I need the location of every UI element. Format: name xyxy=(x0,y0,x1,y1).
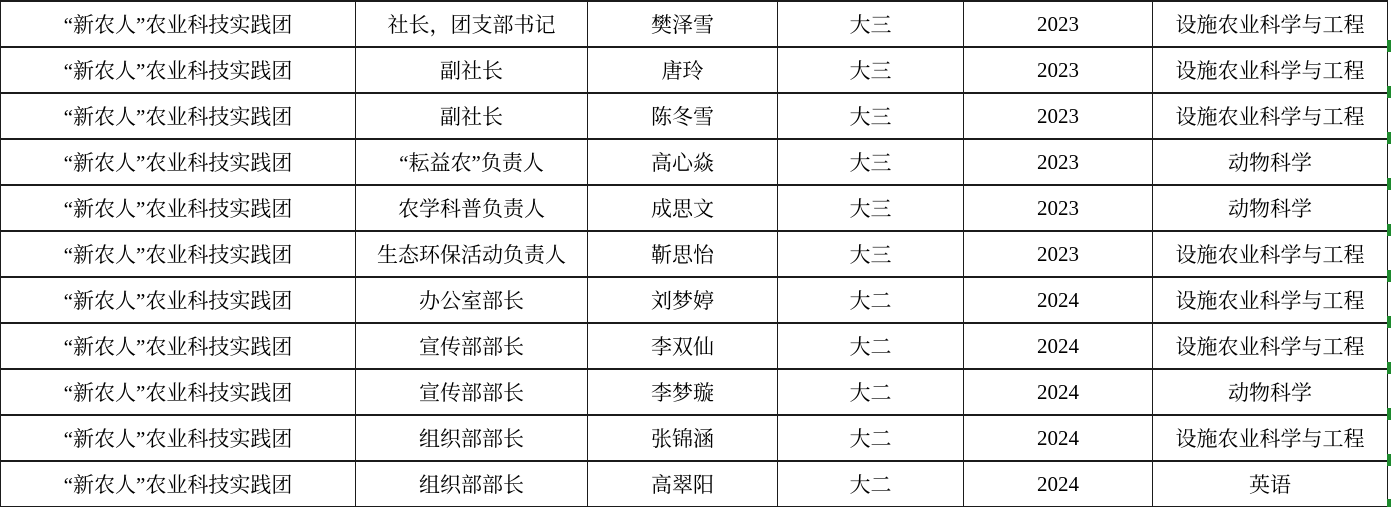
cell-name[interactable]: 陈冬雪 xyxy=(588,93,778,139)
cell-name[interactable]: 李梦璇 xyxy=(588,369,778,415)
cell-major[interactable]: 设施农业科学与工程 xyxy=(1153,93,1388,139)
cell-grade[interactable]: 大三 xyxy=(778,1,964,47)
cell-grade[interactable]: 大三 xyxy=(778,185,964,231)
cell-year[interactable]: 2023 xyxy=(964,139,1153,185)
cell-position[interactable]: 宣传部部长 xyxy=(356,323,588,369)
cell-name[interactable]: 高心焱 xyxy=(588,139,778,185)
spreadsheet-area: “新农人”农业科技实践团社长，团支部书记樊泽雪大三2023设施农业科学与工程“新… xyxy=(0,0,1388,507)
cell-grade[interactable]: 大二 xyxy=(778,277,964,323)
cell-major[interactable]: 设施农业科学与工程 xyxy=(1153,277,1388,323)
cell-org[interactable]: “新农人”农业科技实践团 xyxy=(1,93,356,139)
table-row: “新农人”农业科技实践团宣传部部长李双仙大二2024设施农业科学与工程 xyxy=(1,323,1388,369)
cell-grade[interactable]: 大二 xyxy=(778,461,964,507)
cell-position[interactable]: 副社长 xyxy=(356,47,588,93)
cell-major[interactable]: 动物科学 xyxy=(1153,139,1388,185)
table-row: “新农人”农业科技实践团组织部部长高翠阳大二2024英语 xyxy=(1,461,1388,507)
cell-grade[interactable]: 大三 xyxy=(778,47,964,93)
table-row: “新农人”农业科技实践团生态环保活动负责人靳思怡大三2023设施农业科学与工程 xyxy=(1,231,1388,277)
cell-year[interactable]: 2024 xyxy=(964,461,1153,507)
table-row: “新农人”农业科技实践团副社长陈冬雪大三2023设施农业科学与工程 xyxy=(1,93,1388,139)
roster-table-body: “新农人”农业科技实践团社长，团支部书记樊泽雪大三2023设施农业科学与工程“新… xyxy=(1,1,1388,507)
cell-grade[interactable]: 大三 xyxy=(778,139,964,185)
cell-position[interactable]: “耘益农”负责人 xyxy=(356,139,588,185)
cell-position[interactable]: 办公室部长 xyxy=(356,277,588,323)
cell-name[interactable]: 高翠阳 xyxy=(588,461,778,507)
cell-grade[interactable]: 大二 xyxy=(778,323,964,369)
cell-org[interactable]: “新农人”农业科技实践团 xyxy=(1,139,356,185)
cell-org[interactable]: “新农人”农业科技实践团 xyxy=(1,415,356,461)
cell-org[interactable]: “新农人”农业科技实践团 xyxy=(1,185,356,231)
cell-grade[interactable]: 大二 xyxy=(778,369,964,415)
cell-year[interactable]: 2023 xyxy=(964,47,1153,93)
cell-name[interactable]: 靳思怡 xyxy=(588,231,778,277)
table-row: “新农人”农业科技实践团社长，团支部书记樊泽雪大三2023设施农业科学与工程 xyxy=(1,1,1388,47)
cell-position[interactable]: 生态环保活动负责人 xyxy=(356,231,588,277)
table-row: “新农人”农业科技实践团宣传部部长李梦璇大二2024动物科学 xyxy=(1,369,1388,415)
cell-org[interactable]: “新农人”农业科技实践团 xyxy=(1,323,356,369)
cell-major[interactable]: 设施农业科学与工程 xyxy=(1153,231,1388,277)
cell-major[interactable]: 英语 xyxy=(1153,461,1388,507)
cell-name[interactable]: 成思文 xyxy=(588,185,778,231)
cell-name[interactable]: 唐玲 xyxy=(588,47,778,93)
cell-name[interactable]: 刘梦婷 xyxy=(588,277,778,323)
cell-org[interactable]: “新农人”农业科技实践团 xyxy=(1,47,356,93)
cell-year[interactable]: 2023 xyxy=(964,1,1153,47)
cell-org[interactable]: “新农人”农业科技实践团 xyxy=(1,369,356,415)
cell-year[interactable]: 2023 xyxy=(964,185,1153,231)
cell-year[interactable]: 2023 xyxy=(964,231,1153,277)
cell-name[interactable]: 樊泽雪 xyxy=(588,1,778,47)
cell-major[interactable]: 动物科学 xyxy=(1153,369,1388,415)
cell-grade[interactable]: 大二 xyxy=(778,415,964,461)
cell-org[interactable]: “新农人”农业科技实践团 xyxy=(1,277,356,323)
cell-major[interactable]: 设施农业科学与工程 xyxy=(1153,323,1388,369)
cell-year[interactable]: 2024 xyxy=(964,369,1153,415)
cell-year[interactable]: 2023 xyxy=(964,93,1153,139)
cell-position[interactable]: 宣传部部长 xyxy=(356,369,588,415)
cell-org[interactable]: “新农人”农业科技实践团 xyxy=(1,231,356,277)
table-row: “新农人”农业科技实践团办公室部长刘梦婷大二2024设施农业科学与工程 xyxy=(1,277,1388,323)
cell-name[interactable]: 李双仙 xyxy=(588,323,778,369)
cell-major[interactable]: 设施农业科学与工程 xyxy=(1153,47,1388,93)
cell-major[interactable]: 动物科学 xyxy=(1153,185,1388,231)
cell-year[interactable]: 2024 xyxy=(964,277,1153,323)
cell-position[interactable]: 组织部部长 xyxy=(356,415,588,461)
cell-position[interactable]: 组织部部长 xyxy=(356,461,588,507)
cell-year[interactable]: 2024 xyxy=(964,415,1153,461)
cell-major[interactable]: 设施农业科学与工程 xyxy=(1153,1,1388,47)
table-row: “新农人”农业科技实践团组织部部长张锦涵大二2024设施农业科学与工程 xyxy=(1,415,1388,461)
cell-grade[interactable]: 大三 xyxy=(778,231,964,277)
table-row: “新农人”农业科技实践团副社长唐玲大三2023设施农业科学与工程 xyxy=(1,47,1388,93)
cell-grade[interactable]: 大三 xyxy=(778,93,964,139)
cell-position[interactable]: 农学科普负责人 xyxy=(356,185,588,231)
cell-major[interactable]: 设施农业科学与工程 xyxy=(1153,415,1388,461)
cell-position[interactable]: 副社长 xyxy=(356,93,588,139)
table-row: “新农人”农业科技实践团“耘益农”负责人高心焱大三2023动物科学 xyxy=(1,139,1388,185)
cell-org[interactable]: “新农人”农业科技实践团 xyxy=(1,461,356,507)
cell-position[interactable]: 社长，团支部书记 xyxy=(356,1,588,47)
cell-org[interactable]: “新农人”农业科技实践团 xyxy=(1,1,356,47)
roster-table: “新农人”农业科技实践团社长，团支部书记樊泽雪大三2023设施农业科学与工程“新… xyxy=(0,0,1388,507)
cell-name[interactable]: 张锦涵 xyxy=(588,415,778,461)
table-row: “新农人”农业科技实践团农学科普负责人成思文大三2023动物科学 xyxy=(1,185,1388,231)
cell-year[interactable]: 2024 xyxy=(964,323,1153,369)
